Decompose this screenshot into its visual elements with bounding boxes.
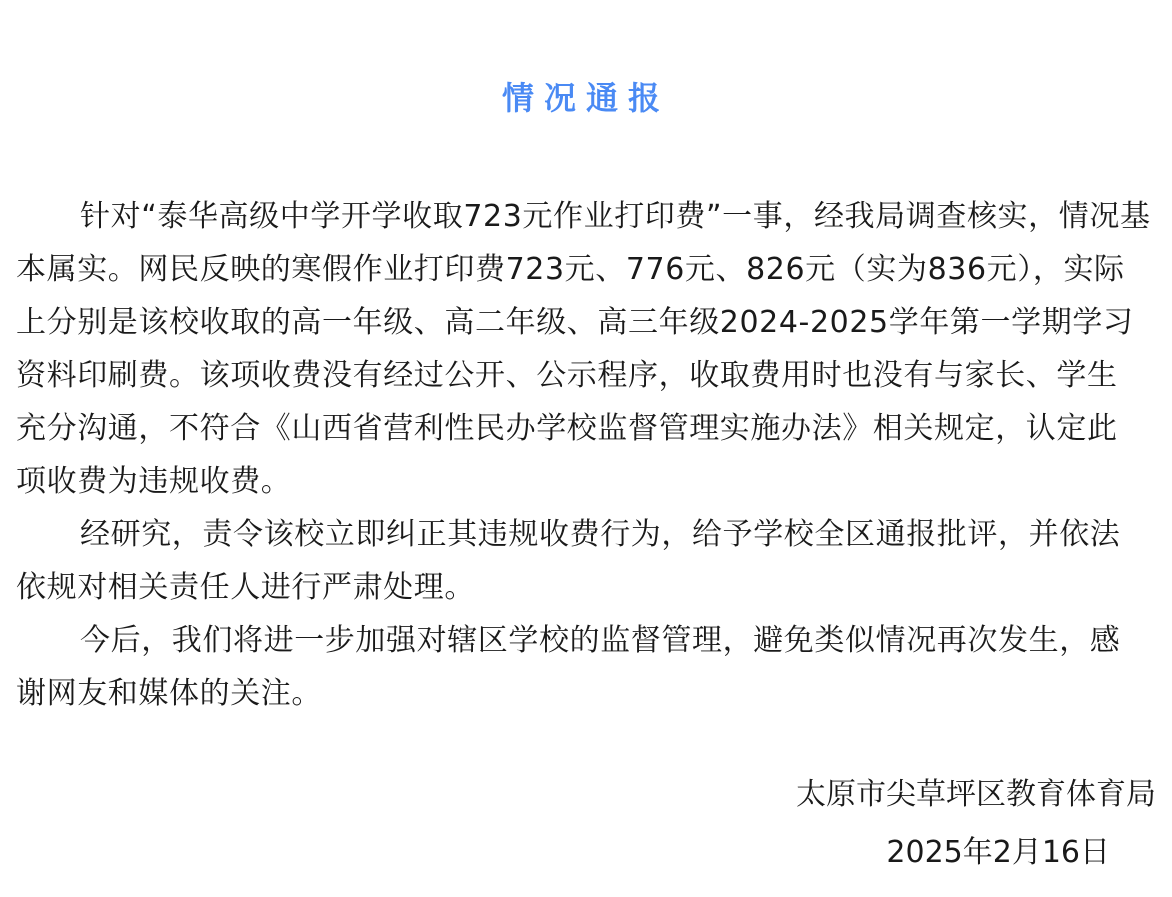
paragraph-line: 本属实。网民反映的寒假作业打印费723元、776元、826元（实为836元），实… — [16, 243, 1166, 296]
paragraph-line: 依规对相关责任人进行严肃处理。 — [16, 561, 1166, 614]
notice-body: 针对“泰华高级中学开学收取723元作业打印费”一事，经我局调查核实，情况基 本属… — [16, 190, 1166, 720]
issuer-signature: 太原市尖草坪区教育体育局 — [796, 768, 1156, 821]
issue-date: 2025年2月16日 — [886, 826, 1110, 879]
paragraph-closing: 今后，我们将进一步加强对辖区学校的监督管理，避免类似情况再次发生，感 谢网友和媒… — [16, 614, 1166, 720]
paragraph-findings: 针对“泰华高级中学开学收取723元作业打印费”一事，经我局调查核实，情况基 本属… — [16, 190, 1166, 508]
paragraph-penalty: 经研究，责令该校立即纠正其违规收费行为，给予学校全区通报批评，并依法 依规对相关… — [16, 508, 1166, 614]
paragraph-line: 充分沟通，不符合《山西省营利性民办学校监督管理实施办法》相关规定，认定此 — [16, 402, 1166, 455]
paragraph-line: 针对“泰华高级中学开学收取723元作业打印费”一事，经我局调查核实，情况基 — [16, 190, 1166, 243]
paragraph-line: 谢网友和媒体的关注。 — [16, 667, 1166, 720]
paragraph-line: 上分别是该校收取的高一年级、高二年级、高三年级2024-2025学年第一学期学习 — [16, 296, 1166, 349]
paragraph-line: 今后，我们将进一步加强对辖区学校的监督管理，避免类似情况再次发生，感 — [16, 614, 1166, 667]
paragraph-line: 资料印刷费。该项收费没有经过公开、公示程序，收取费用时也没有与家长、学生 — [16, 349, 1166, 402]
paragraph-line: 项收费为违规收费。 — [16, 455, 1166, 508]
notice-title: 情况通报 — [0, 76, 1172, 120]
paragraph-line: 经研究，责令该校立即纠正其违规收费行为，给予学校全区通报批评，并依法 — [16, 508, 1166, 561]
